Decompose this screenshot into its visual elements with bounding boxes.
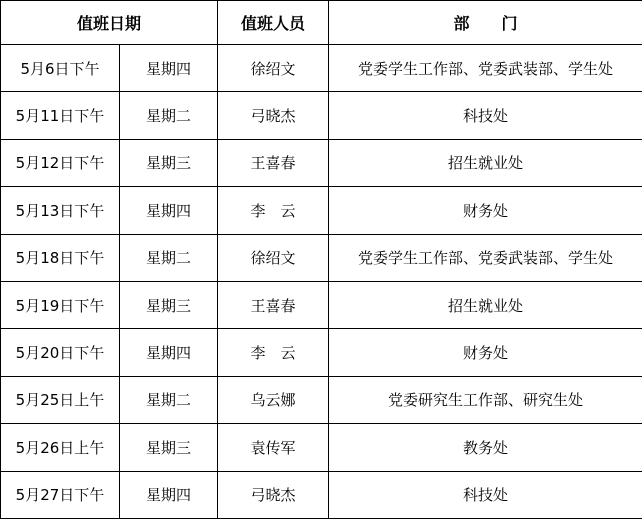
table-row: 5月27日下午 星期四 弓晓杰 科技处 <box>1 471 642 518</box>
duty-date-cell: 5月27日下午 <box>1 471 120 518</box>
duty-date-cell: 5月12日下午 <box>1 139 120 186</box>
duty-date-cell: 5月20日下午 <box>1 329 120 376</box>
person-cell: 弓晓杰 <box>218 92 329 139</box>
table-row: 5月19日下午 星期三 王喜春 招生就业处 <box>1 281 642 328</box>
person-cell: 徐绍文 <box>218 234 329 281</box>
weekday-cell: 星期三 <box>120 139 218 186</box>
duty-date-cell: 5月25日上午 <box>1 376 120 423</box>
weekday-cell: 星期二 <box>120 92 218 139</box>
table-row: 5月25日上午 星期二 乌云娜 党委研究生工作部、研究生处 <box>1 376 642 423</box>
department-cell: 招生就业处 <box>329 281 642 328</box>
department-cell: 科技处 <box>329 471 642 518</box>
duty-date-cell: 5月13日下午 <box>1 187 120 234</box>
table-row: 5月20日下午 星期四 李 云 财务处 <box>1 329 642 376</box>
duty-date-cell: 5月6日下午 <box>1 45 120 92</box>
person-cell: 徐绍文 <box>218 45 329 92</box>
table-row: 5月11日下午 星期二 弓晓杰 科技处 <box>1 92 642 139</box>
header-department: 部 门 <box>329 1 642 45</box>
person-cell: 弓晓杰 <box>218 471 329 518</box>
department-cell: 党委研究生工作部、研究生处 <box>329 376 642 423</box>
weekday-cell: 星期四 <box>120 45 218 92</box>
header-duty-person: 值班人员 <box>218 1 329 45</box>
duty-date-cell: 5月19日下午 <box>1 281 120 328</box>
header-duty-date: 值班日期 <box>1 1 218 45</box>
department-cell: 招生就业处 <box>329 139 642 186</box>
weekday-cell: 星期三 <box>120 424 218 471</box>
duty-date-cell: 5月26日上午 <box>1 424 120 471</box>
department-cell: 科技处 <box>329 92 642 139</box>
weekday-cell: 星期三 <box>120 281 218 328</box>
weekday-cell: 星期四 <box>120 471 218 518</box>
duty-date-cell: 5月11日下午 <box>1 92 120 139</box>
table-row: 5月6日下午 星期四 徐绍文 党委学生工作部、党委武装部、学生处 <box>1 45 642 92</box>
duty-schedule-table: 值班日期 值班人员 部 门 5月6日下午 星期四 徐绍文 党委学生工作部、党委武… <box>0 0 642 519</box>
table-row: 5月18日下午 星期二 徐绍文 党委学生工作部、党委武装部、学生处 <box>1 234 642 281</box>
person-cell: 王喜春 <box>218 281 329 328</box>
person-cell: 乌云娜 <box>218 376 329 423</box>
table-row: 5月26日上午 星期三 袁传军 教务处 <box>1 424 642 471</box>
table-row: 5月12日下午 星期三 王喜春 招生就业处 <box>1 139 642 186</box>
duty-date-cell: 5月18日下午 <box>1 234 120 281</box>
department-cell: 党委学生工作部、党委武装部、学生处 <box>329 234 642 281</box>
person-cell: 李 云 <box>218 329 329 376</box>
header-row: 值班日期 值班人员 部 门 <box>1 1 642 45</box>
department-cell: 教务处 <box>329 424 642 471</box>
department-cell: 财务处 <box>329 329 642 376</box>
department-cell: 党委学生工作部、党委武装部、学生处 <box>329 45 642 92</box>
person-cell: 李 云 <box>218 187 329 234</box>
weekday-cell: 星期四 <box>120 329 218 376</box>
person-cell: 袁传军 <box>218 424 329 471</box>
department-cell: 财务处 <box>329 187 642 234</box>
table-row: 5月13日下午 星期四 李 云 财务处 <box>1 187 642 234</box>
weekday-cell: 星期四 <box>120 187 218 234</box>
person-cell: 王喜春 <box>218 139 329 186</box>
weekday-cell: 星期二 <box>120 376 218 423</box>
weekday-cell: 星期二 <box>120 234 218 281</box>
